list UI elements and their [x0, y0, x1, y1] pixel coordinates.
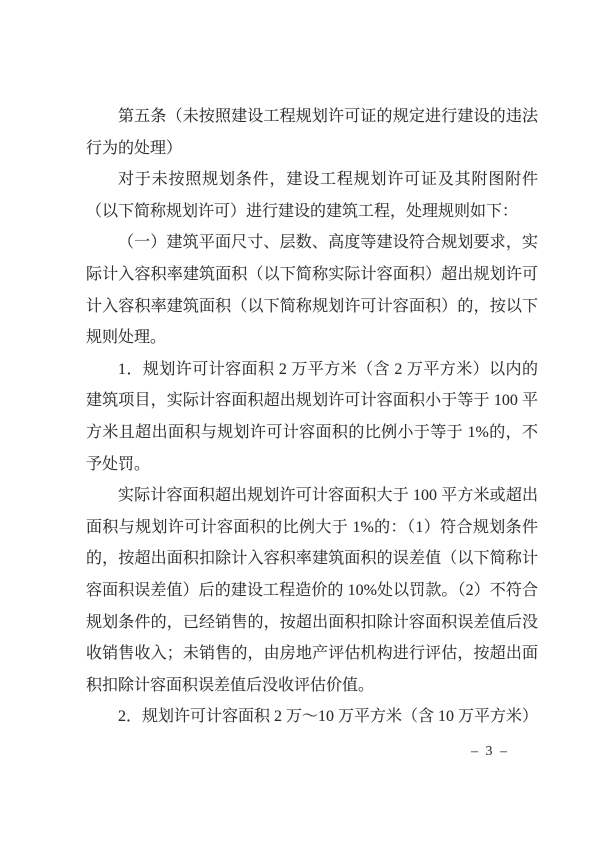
paragraph-intro: 对于未按照规划条件，建设工程规划许可证及其附图附件（以下简称规划许可）进行建设的… — [86, 164, 538, 227]
document-page: 第五条（未按照建设工程规划许可证的规定进行建设的违法行为的处理） 对于未按照规划… — [0, 0, 596, 842]
article-heading: 第五条（未按照建设工程规划许可证的规定进行建设的违法行为的处理） — [86, 101, 538, 164]
paragraph-rule-2: 2．规划许可计容面积 2 万～10 万平方米（含 10 万平方米） — [86, 701, 538, 733]
page-number: – 3 – — [440, 744, 540, 760]
document-text-block: 第五条（未按照建设工程规划许可证的规定进行建设的违法行为的处理） 对于未按照规划… — [86, 101, 538, 733]
paragraph-rule-1-penalty: 实际计容面积超出规划许可计容面积大于 100 平方米或超出面积与规划许可计容面积… — [86, 480, 538, 701]
paragraph-rule-1: 1．规划许可计容面积 2 万平方米（含 2 万平方米）以内的建筑项目，实际计容面… — [86, 354, 538, 480]
paragraph-item-one: （一）建筑平面尺寸、层数、高度等建设符合规划要求，实际计入容积率建筑面积（以下简… — [86, 227, 538, 353]
